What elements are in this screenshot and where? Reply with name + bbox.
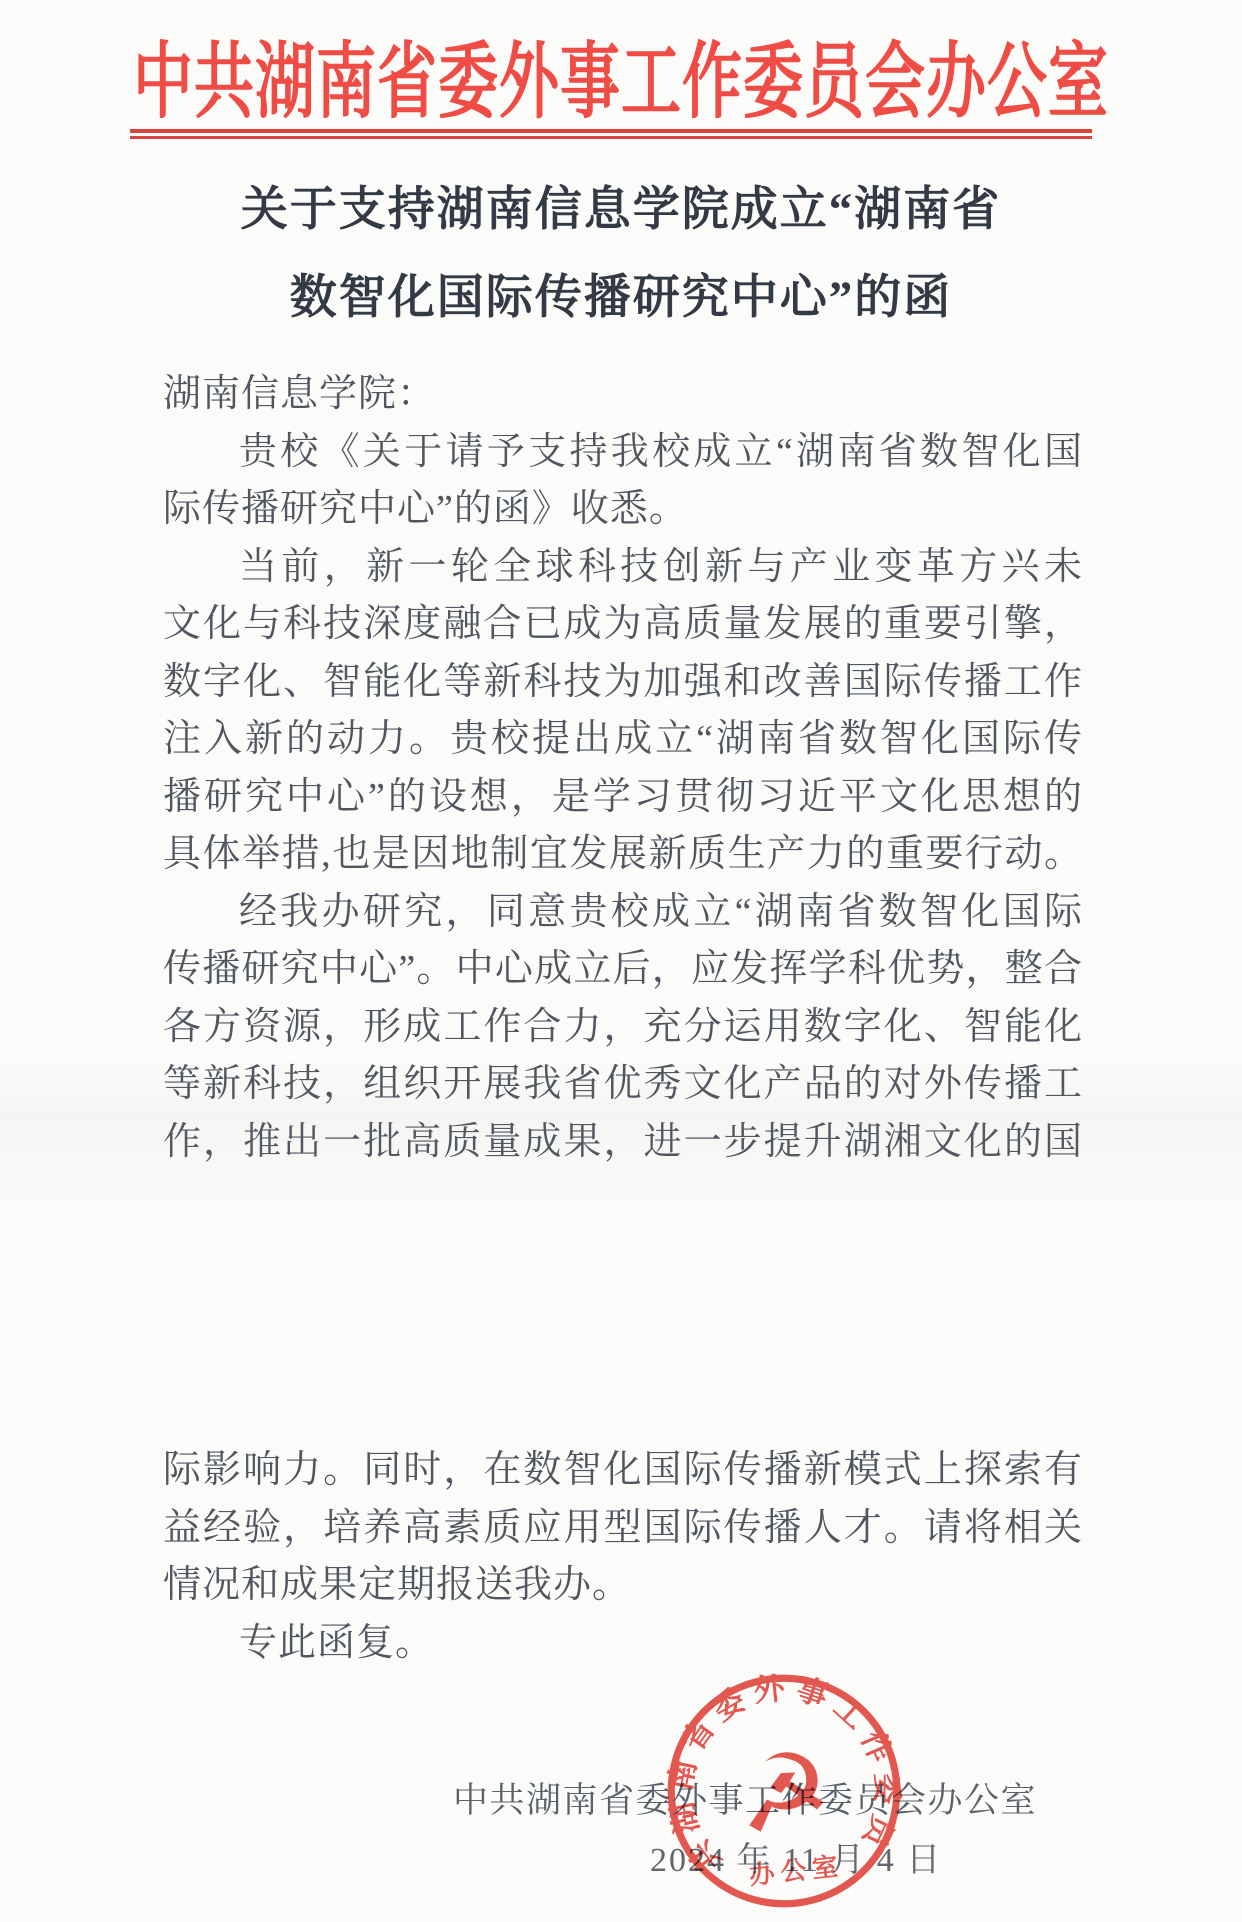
salutation: 湖南信息学院： — [163, 366, 1083, 424]
official-seal-stamp: 中共湖南省委外事工作委员会 ☭ 办公室 — [649, 1656, 919, 1922]
document-title: 关于支持湖南信息学院成立“湖南省 数智化国际传播研究中心”的函 — [80, 166, 1162, 342]
document-title-line-2: 数智化国际传播研究中心”的函 — [80, 254, 1162, 342]
body-line: 等新科技，组织开展我省优秀文化产品的对外传播工 — [163, 1056, 1083, 1114]
body-line: 传播研究中心”。中心成立后，应发挥学科优势，整合 — [163, 941, 1083, 999]
body-text-page-2: 际影响力。同时，在数智化国际传播新模式上探索有 益经验，培养高素质应用型国际传播… — [163, 1442, 1083, 1672]
letterhead-title: 中共湖南省委外事工作委员会办公室 — [0, 16, 1242, 135]
hammer-and-sickle-icon: ☭ — [731, 1727, 837, 1858]
body-line: 际影响力。同时，在数智化国际传播新模式上探索有 — [163, 1442, 1083, 1500]
document-title-line-1: 关于支持湖南信息学院成立“湖南省 — [80, 166, 1162, 254]
closing-phrase: 专此函复。 — [163, 1615, 1083, 1673]
scanned-letter-page: 中共湖南省委外事工作委员会办公室 关于支持湖南信息学院成立“湖南省 数智化国际传… — [0, 0, 1242, 1922]
letterhead-divider-rule — [130, 129, 1092, 139]
body-line: 经我办研究，同意贵校成立“湖南省数智化国际 — [163, 884, 1083, 942]
body-line: 情况和成果定期报送我办。 — [163, 1557, 1083, 1615]
body-line: 贵校《关于请予支持我校成立“湖南省数智化国 — [163, 424, 1083, 482]
body-line: 文化与科技深度融合已成为高质量发展的重要引擎， — [163, 596, 1083, 654]
body-line: 数字化、智能化等新科技为加强和改善国际传播工作 — [163, 654, 1083, 712]
body-line: 具体举措,也是因地制宜发展新质生产力的重要行动。 — [163, 826, 1083, 884]
body-line: 当前，新一轮全球科技创新与产业变革方兴未艾， — [163, 539, 1083, 597]
body-text-page-1: 湖南信息学院： 贵校《关于请予支持我校成立“湖南省数智化国 际传播研究中心”的函… — [163, 366, 1083, 1171]
body-line: 作，推出一批高质量成果，进一步提升湖湘文化的国 — [163, 1114, 1083, 1172]
body-line: 益经验，培养高素质应用型国际传播人才。请将相关 — [163, 1500, 1083, 1558]
seal-bottom-text: 办公室 — [748, 1851, 846, 1890]
body-line: 播研究中心”的设想，是学习贯彻习近平文化思想的 — [163, 769, 1083, 827]
body-line: 各方资源，形成工作合力，充分运用数字化、智能化 — [163, 999, 1083, 1057]
body-line: 注入新的动力。贵校提出成立“湖南省数智化国际传 — [163, 711, 1083, 769]
body-line: 际传播研究中心”的函》收悉。 — [163, 481, 1083, 539]
